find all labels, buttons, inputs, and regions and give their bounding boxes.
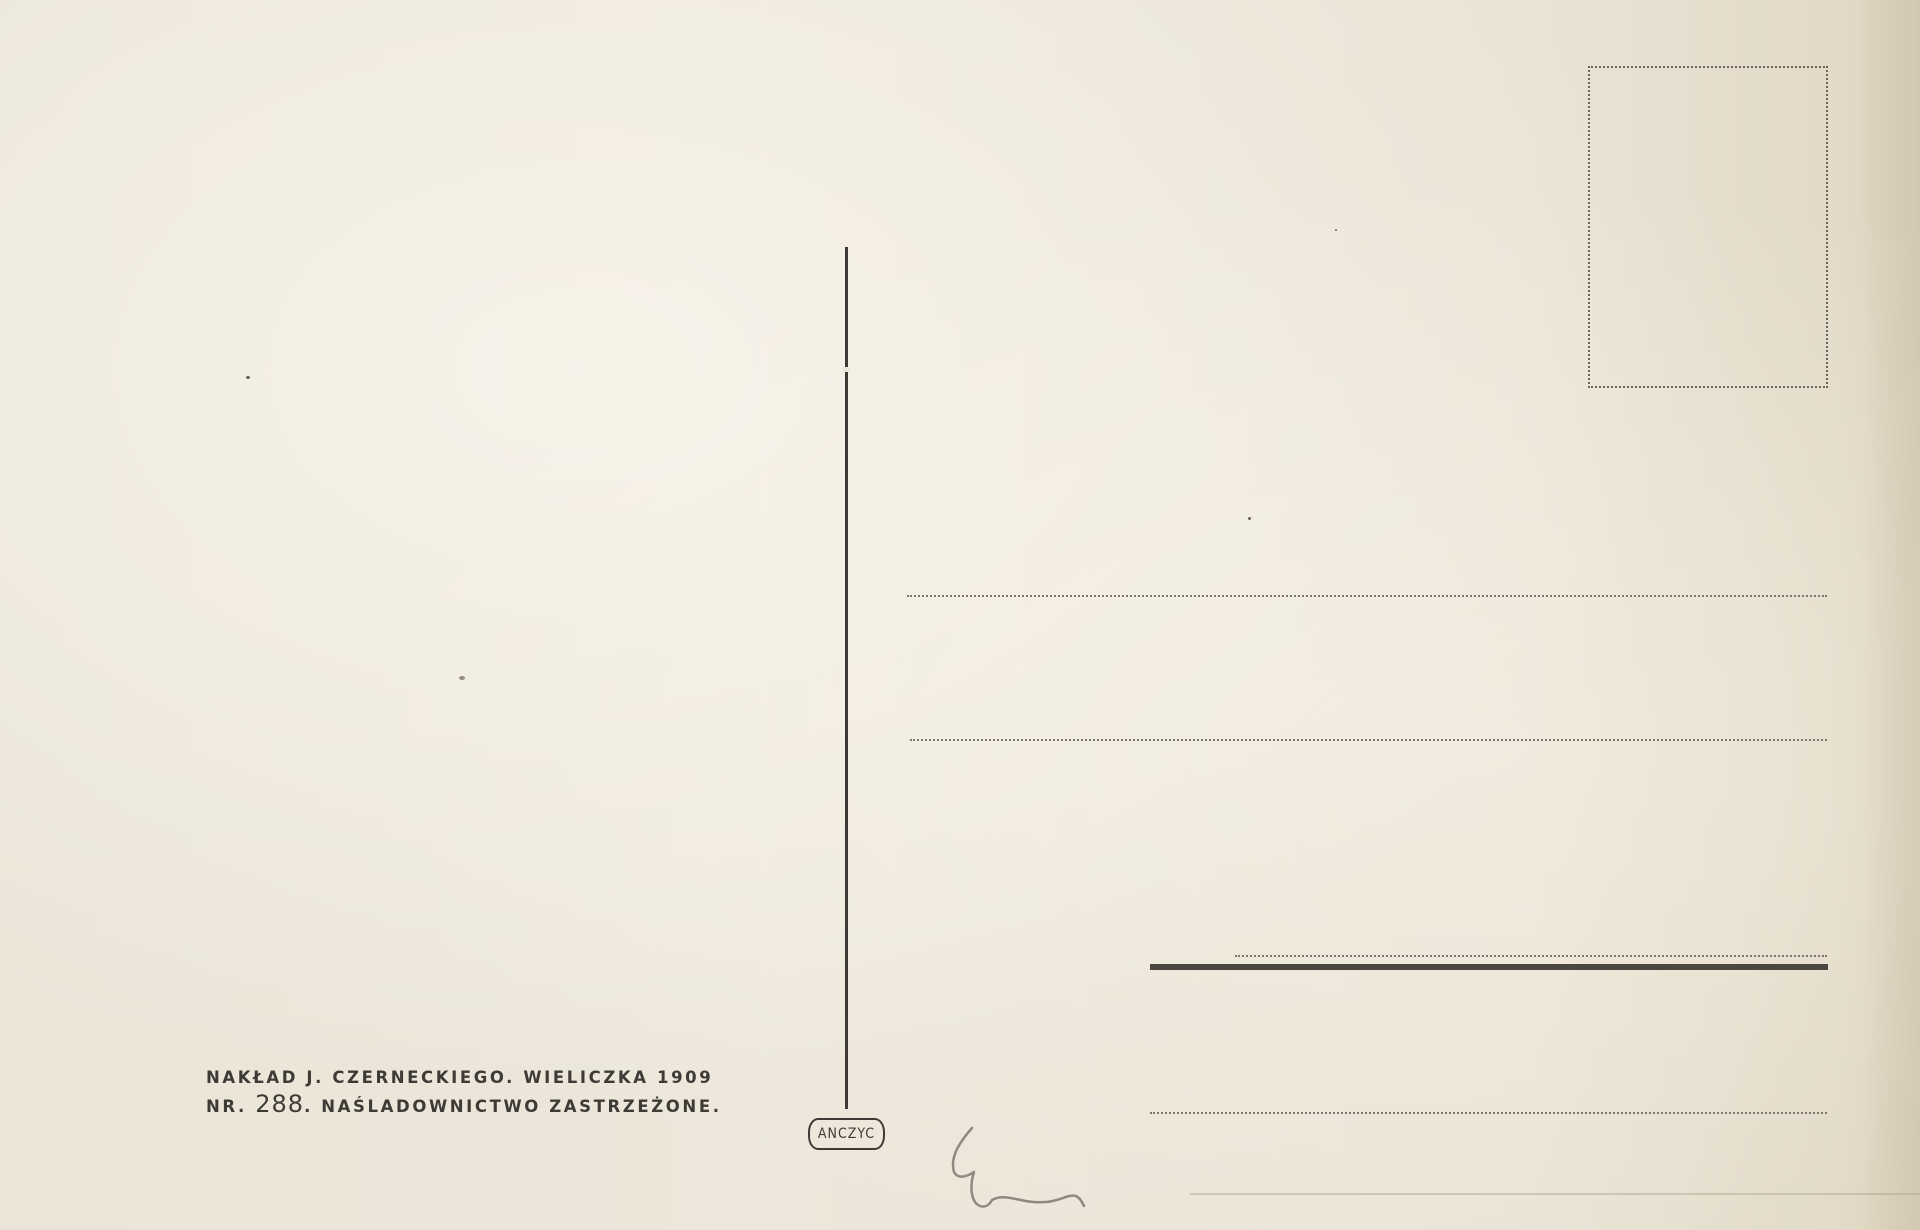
imprint-copyright-notice: . NAŚLADOWNICTWO ZASTRZEŻONE. <box>304 1097 722 1116</box>
paper-speck <box>459 676 465 680</box>
divider-gap <box>843 367 850 372</box>
paper-crease <box>1190 1193 1920 1195</box>
imprint-card-number: 288 <box>255 1090 304 1118</box>
pencil-scribble-icon <box>950 1122 1130 1212</box>
address-underline-rule <box>1150 964 1828 970</box>
paper-edge-shading <box>1860 0 1920 1230</box>
imprint-nr-prefix: NR. <box>206 1097 247 1116</box>
imprint-line-1: NAKŁAD J. CZERNECKIEGO. WIELICZKA 1909 <box>206 1064 722 1091</box>
stamp-box <box>1588 66 1828 388</box>
publisher-imprint: NAKŁAD J. CZERNECKIEGO. WIELICZKA 1909 N… <box>206 1064 722 1120</box>
paper-speck <box>1335 229 1337 231</box>
printer-mark-badge: ANCZYC <box>808 1118 885 1150</box>
address-line-2[interactable] <box>910 739 1827 741</box>
center-divider-line <box>845 247 848 1109</box>
imprint-line-2: NR. 288. NAŚLADOWNICTWO ZASTRZEŻONE. <box>206 1091 722 1120</box>
paper-speck <box>246 376 250 379</box>
address-line-1[interactable] <box>907 595 1827 597</box>
printer-mark-text: ANCZYC <box>818 1126 875 1142</box>
address-line-3[interactable] <box>1235 955 1827 957</box>
paper-speck <box>1248 517 1251 520</box>
postcard-back: NAKŁAD J. CZERNECKIEGO. WIELICZKA 1909 N… <box>0 0 1920 1230</box>
address-line-4[interactable] <box>1150 1112 1827 1114</box>
